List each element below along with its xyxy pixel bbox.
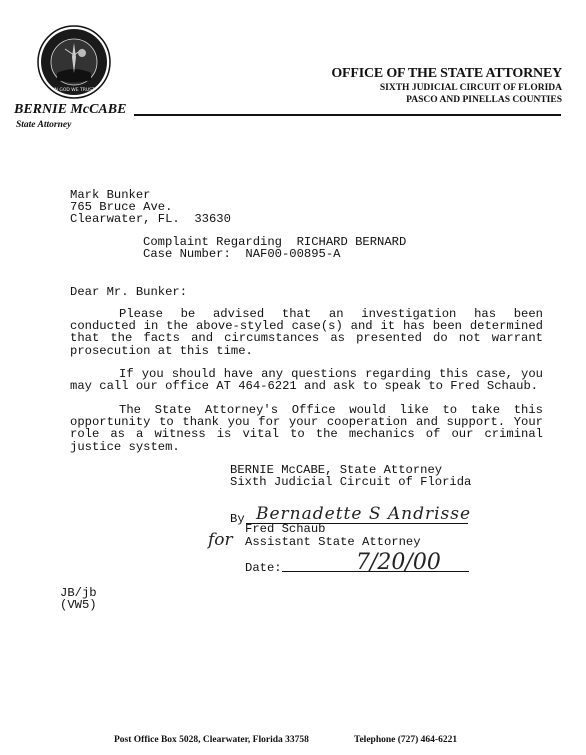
case-number: NAF00-00895-A bbox=[245, 247, 340, 261]
typist-initials: JB/jb (VW5) bbox=[60, 587, 97, 611]
attorney-title: State Attorney bbox=[16, 120, 71, 130]
office-title: OFFICE OF THE STATE ATTORNEY bbox=[331, 66, 562, 82]
state-seal-icon: IN GOD WE TRUST bbox=[37, 25, 111, 99]
reference-block: Complaint Regarding RICHARD BERNARD Case… bbox=[143, 236, 406, 260]
svg-text:IN GOD WE TRUST: IN GOD WE TRUST bbox=[53, 87, 95, 93]
header-rule bbox=[134, 114, 561, 116]
signer-title: Assistant State Attorney bbox=[245, 536, 421, 548]
office-circuit: SIXTH JUDICIAL CIRCUIT OF FLORIDA bbox=[380, 83, 562, 93]
recipient-city: Clearwater, FL. 33630 bbox=[70, 213, 231, 225]
handwritten-signature: Bernadette S Andrisse bbox=[256, 504, 471, 524]
body-paragraph-2: If you should have any questions regardi… bbox=[70, 368, 543, 392]
footer-address: Post Office Box 5028, Clearwater, Florid… bbox=[114, 735, 309, 745]
handwritten-date: 7/20/00 bbox=[356, 550, 441, 575]
body-paragraph-1: Please be advised that an investigation … bbox=[70, 308, 543, 357]
attorney-name: BERNIE McCABE bbox=[14, 102, 126, 118]
handwritten-for: for bbox=[208, 530, 233, 550]
body-paragraph-3: The State Attorney's Office would like t… bbox=[70, 404, 543, 453]
recipient-address: Mark Bunker 765 Bruce Ave. Clearwater, F… bbox=[70, 189, 231, 226]
office-counties: PASCO AND PINELLAS COUNTIES bbox=[406, 95, 562, 105]
by-label: By bbox=[230, 513, 245, 525]
signature-header: BERNIE McCABE, State Attorney Sixth Judi… bbox=[230, 464, 471, 488]
initials-line-2: (VW5) bbox=[60, 599, 97, 611]
salutation: Dear Mr. Bunker: bbox=[70, 286, 187, 298]
footer-telephone: Telephone (727) 464-6221 bbox=[354, 735, 457, 745]
date-label: Date: bbox=[245, 562, 282, 574]
case-label: Case Number: bbox=[143, 247, 231, 261]
signer-name: Fred Schaub bbox=[245, 523, 325, 535]
signature-line-2: Sixth Judicial Circuit of Florida bbox=[230, 476, 471, 488]
